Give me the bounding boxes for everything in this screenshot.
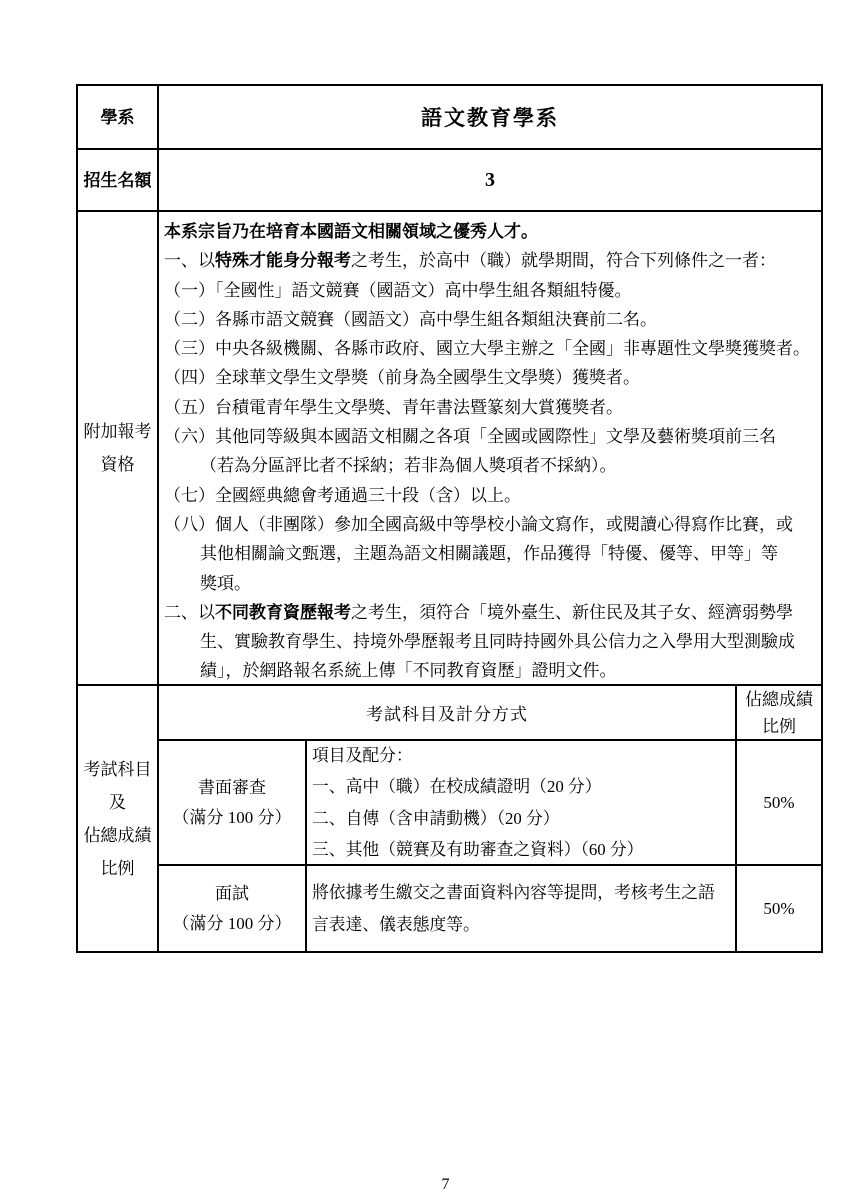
subject-interview: 面試（滿分 100 分）	[159, 866, 307, 951]
eligibility-row: 附加報考資格 本系宗旨乃在培育本國語文相關領域之優秀人才。一、以特殊才能身分報考…	[78, 210, 821, 684]
page-number: 7	[0, 1176, 849, 1194]
exam-subjects-header: 考試科目及計分方式	[159, 686, 735, 739]
department-row: 學系 語文教育學系	[78, 86, 821, 148]
exam-row: 考試科目及佔總成績比例 考試科目及計分方式 佔總成績比例 書面審查（滿分 100…	[78, 684, 821, 951]
quota-value: 3	[485, 169, 495, 192]
eligibility-label: 附加報考資格	[78, 212, 159, 684]
quota-value-cell: 3	[159, 150, 821, 210]
quota-label: 招生名額	[78, 150, 159, 210]
description-interview: 將依據考生繳交之書面資料內容等提問，考核考生之語言表達、儀表態度等。	[307, 866, 735, 951]
department-label: 學系	[78, 86, 159, 148]
department-value-cell: 語文教育學系	[159, 86, 821, 148]
exam-weight-header: 佔總成績比例	[735, 686, 821, 739]
subject-document-review: 書面審查（滿分 100 分）	[159, 741, 307, 864]
exam-row-document-review: 書面審查（滿分 100 分） 項目及配分：一、高中（職）在校成績證明（20 分）…	[159, 741, 821, 866]
quota-row: 招生名額 3	[78, 148, 821, 210]
exam-row-interview: 面試（滿分 100 分） 將依據考生繳交之書面資料內容等提問，考核考生之語言表達…	[159, 866, 821, 951]
exam-subtable-header: 考試科目及計分方式 佔總成績比例	[159, 686, 821, 741]
description-document-review: 項目及配分：一、高中（職）在校成績證明（20 分）二、自傳（含申請動機）（20 …	[307, 741, 735, 864]
exam-label: 考試科目及佔總成績比例	[78, 686, 159, 951]
eligibility-text: 本系宗旨乃在培育本國語文相關領域之優秀人才。一、以特殊才能身分報考之考生，於高中…	[159, 212, 821, 684]
admission-table: 學系 語文教育學系 招生名額 3 附加報考資格 本系宗旨乃在培育本國語文相關領域…	[76, 84, 823, 953]
weight-document-review: 50%	[735, 741, 821, 864]
department-name: 語文教育學系	[421, 102, 559, 132]
exam-subtable: 考試科目及計分方式 佔總成績比例 書面審查（滿分 100 分） 項目及配分：一、…	[159, 686, 821, 951]
weight-interview: 50%	[735, 866, 821, 951]
